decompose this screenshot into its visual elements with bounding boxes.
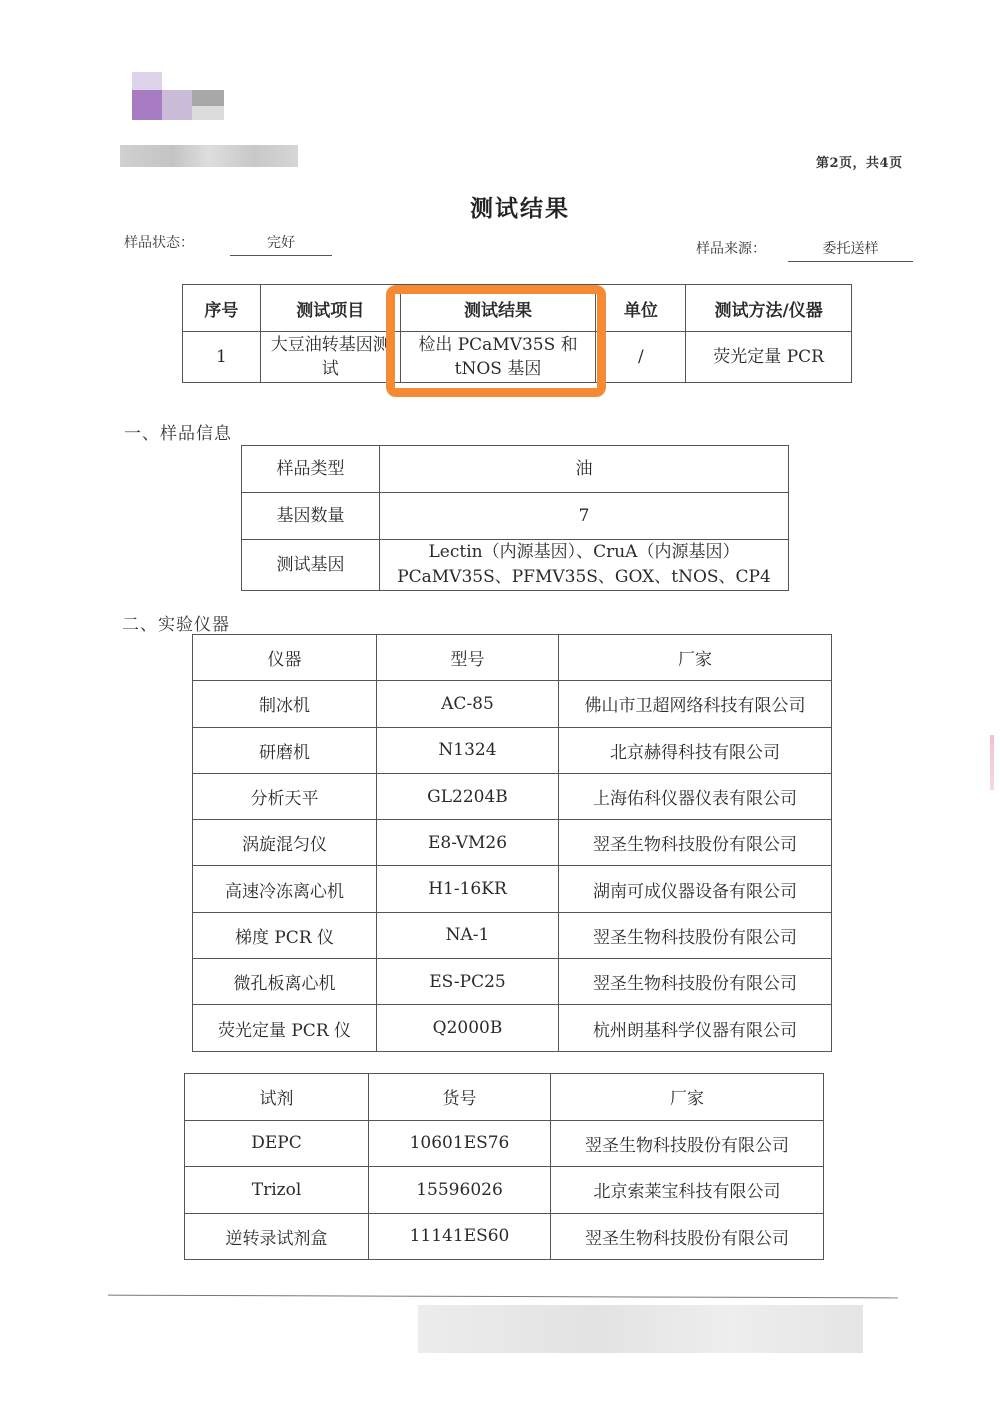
info-label: 样品类型 xyxy=(242,446,380,493)
cell-index: 1 xyxy=(183,332,261,383)
table-row: 逆转录试剂盒11141ES60翌圣生物科技股份有限公司 xyxy=(185,1213,824,1260)
table-row: 分析天平GL2204B上海佑科仪器仪表有限公司 xyxy=(193,773,832,819)
instruments-table: 仪器 型号 厂家 制冰机AC-85佛山市卫超网络科技有限公司 研磨机N1324北… xyxy=(192,634,832,1052)
instrument-model: E8-VM26 xyxy=(377,820,559,866)
reagent-manufacturer: 翌圣生物科技股份有限公司 xyxy=(551,1213,824,1260)
sample-source-value: 委托送样 xyxy=(788,238,913,262)
reagent-name: Trizol xyxy=(185,1167,369,1214)
instrument-model: AC-85 xyxy=(377,681,559,727)
table-row: 测试基因 Lectin（内源基因）、CruA（内源基因） PCaMV35S、PF… xyxy=(242,540,789,591)
genes-line-2: PCaMV35S、PFMV35S、GOX、tNOS、CP4 xyxy=(380,565,788,590)
header-instrument: 仪器 xyxy=(193,635,377,681)
instrument-name: 涡旋混匀仪 xyxy=(193,820,377,866)
instrument-model: ES-PC25 xyxy=(377,959,559,1005)
sample-status-label: 样品状态： xyxy=(124,232,194,252)
info-label: 基因数量 xyxy=(242,493,380,540)
table-row: DEPC10601ES76翌圣生物科技股份有限公司 xyxy=(185,1120,824,1167)
cell-method: 荧光定量 PCR xyxy=(686,332,852,383)
instrument-name: 研磨机 xyxy=(193,727,377,773)
instrument-name: 梯度 PCR 仪 xyxy=(193,912,377,958)
blurred-logo xyxy=(132,72,224,120)
instrument-manufacturer: 上海佑科仪器仪表有限公司 xyxy=(559,773,832,819)
sample-info-table: 样品类型 油 基因数量 7 测试基因 Lectin（内源基因）、CruA（内源基… xyxy=(241,445,789,591)
instrument-manufacturer: 湖南可成仪器设备有限公司 xyxy=(559,866,832,912)
reagent-manufacturer: 北京索莱宝科技有限公司 xyxy=(551,1167,824,1214)
instrument-name: 荧光定量 PCR 仪 xyxy=(193,1005,377,1051)
reagent-name: 逆转录试剂盒 xyxy=(185,1213,369,1260)
instrument-manufacturer: 翌圣生物科技股份有限公司 xyxy=(559,912,832,958)
table-header: 试剂 货号 厂家 xyxy=(185,1074,824,1121)
info-value: 油 xyxy=(380,446,789,493)
instrument-model: Q2000B xyxy=(377,1005,559,1051)
reagent-catalog-no: 11141ES60 xyxy=(369,1213,551,1260)
genes-line-1: Lectin（内源基因）、CruA（内源基因） xyxy=(380,540,788,565)
header-model: 型号 xyxy=(377,635,559,681)
edge-stamp-mark xyxy=(990,735,994,790)
table-row: 微孔板离心机ES-PC25翌圣生物科技股份有限公司 xyxy=(193,959,832,1005)
header-unit: 单位 xyxy=(596,285,686,332)
header-catalog-no: 货号 xyxy=(369,1074,551,1121)
page-indicator: 第2页，共4页 xyxy=(816,152,903,171)
blurred-footer-text xyxy=(418,1305,863,1353)
blurred-company-name xyxy=(120,145,298,167)
table-row: 研磨机N1324北京赫得科技有限公司 xyxy=(193,727,832,773)
cell-unit: / xyxy=(596,332,686,383)
table-row: Trizol15596026北京索莱宝科技有限公司 xyxy=(185,1167,824,1214)
instrument-name: 制冰机 xyxy=(193,681,377,727)
table-row: 高速冷冻离心机H1-16KR湖南可成仪器设备有限公司 xyxy=(193,866,832,912)
instrument-manufacturer: 翌圣生物科技股份有限公司 xyxy=(559,820,832,866)
instrument-manufacturer: 翌圣生物科技股份有限公司 xyxy=(559,959,832,1005)
table-header: 仪器 型号 厂家 xyxy=(193,635,832,681)
reagents-table: 试剂 货号 厂家 DEPC10601ES76翌圣生物科技股份有限公司 Trizo… xyxy=(184,1073,824,1260)
header-manufacturer: 厂家 xyxy=(551,1074,824,1121)
result-highlight-box xyxy=(386,285,606,397)
reagent-name: DEPC xyxy=(185,1120,369,1167)
footer-divider xyxy=(108,1295,898,1299)
header-manufacturer: 厂家 xyxy=(559,635,832,681)
header-item: 测试项目 xyxy=(260,285,400,332)
table-row: 涡旋混匀仪E8-VM26翌圣生物科技股份有限公司 xyxy=(193,820,832,866)
header-reagent: 试剂 xyxy=(185,1074,369,1121)
table-row: 制冰机AC-85佛山市卫超网络科技有限公司 xyxy=(193,681,832,727)
instrument-manufacturer: 杭州朗基科学仪器有限公司 xyxy=(559,1005,832,1051)
instrument-name: 分析天平 xyxy=(193,773,377,819)
instrument-name: 高速冷冻离心机 xyxy=(193,866,377,912)
section-sample-info-title: 一、样品信息 xyxy=(124,419,232,444)
section-instruments-title: 二、实验仪器 xyxy=(122,610,230,635)
document-title: 测试结果 xyxy=(0,190,1000,223)
table-row: 荧光定量 PCR 仪Q2000B杭州朗基科学仪器有限公司 xyxy=(193,1005,832,1051)
header-method: 测试方法/仪器 xyxy=(686,285,852,332)
cell-item: 大豆油转基因测试 xyxy=(260,332,400,383)
info-value-genes: Lectin（内源基因）、CruA（内源基因） PCaMV35S、PFMV35S… xyxy=(380,540,789,591)
reagent-manufacturer: 翌圣生物科技股份有限公司 xyxy=(551,1120,824,1167)
instrument-manufacturer: 佛山市卫超网络科技有限公司 xyxy=(559,681,832,727)
instrument-model: N1324 xyxy=(377,727,559,773)
instrument-model: GL2204B xyxy=(377,773,559,819)
sample-source-label: 样品来源： xyxy=(696,238,766,258)
info-value: 7 xyxy=(380,493,789,540)
table-row: 梯度 PCR 仪NA-1翌圣生物科技股份有限公司 xyxy=(193,912,832,958)
instrument-name: 微孔板离心机 xyxy=(193,959,377,1005)
reagent-catalog-no: 15596026 xyxy=(369,1167,551,1214)
header-index: 序号 xyxy=(183,285,261,332)
reagent-catalog-no: 10601ES76 xyxy=(369,1120,551,1167)
info-label: 测试基因 xyxy=(242,540,380,591)
table-row: 基因数量 7 xyxy=(242,493,789,540)
table-row: 样品类型 油 xyxy=(242,446,789,493)
sample-status-value: 完好 xyxy=(230,232,332,256)
instrument-model: NA-1 xyxy=(377,912,559,958)
instrument-manufacturer: 北京赫得科技有限公司 xyxy=(559,727,832,773)
instrument-model: H1-16KR xyxy=(377,866,559,912)
